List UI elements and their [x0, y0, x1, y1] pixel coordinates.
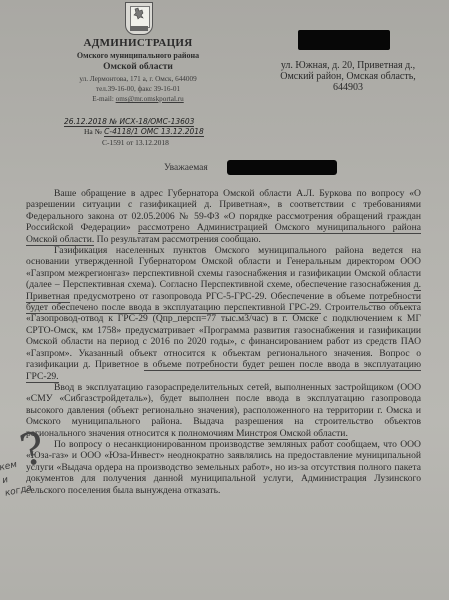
email-label: E-mail: [92, 95, 114, 103]
redacted-recipient-name [298, 30, 390, 50]
recipient-address-line2: Омский район, Омская область, [258, 71, 438, 82]
outgoing-reference: С-1591 от 13.12.2018 [102, 138, 169, 147]
letter-body: Ваше обращение в адрес Губернатора Омско… [26, 188, 421, 496]
sender-region: Омской области [50, 63, 226, 73]
greeting: Уважаемая [164, 163, 208, 173]
email-link[interactable]: oms@mr.omskportal.ru [116, 95, 184, 103]
sender-block: АДМИНИСТРАЦИЯ Омского муниципального рай… [50, 38, 226, 103]
handwritten-date-reference: 26.12.2018 № ИСХ-18/ОМС-13603 [64, 117, 194, 127]
handwritten-incoming-ref: С-4118/1 ОМС 13.12.2018 [104, 127, 204, 137]
question-mark-annotation: ? [19, 441, 45, 459]
paragraph-4: По вопросу о несанкционированном произво… [26, 439, 421, 496]
sender-title: АДМИНИСТРАЦИЯ [50, 38, 226, 49]
coat-of-arms-icon [125, 2, 153, 35]
paragraph-3: Ввод в эксплуатацию газораспределительны… [26, 382, 421, 439]
recipient-address-line1: ул. Южная, д. 20, Приветная д., [258, 60, 438, 71]
recipient-postcode: 644903 [258, 82, 438, 93]
redacted-greeting-name [227, 160, 337, 175]
sender-address: ул. Лермонтова, 171 а, г. Омск, 644009 [50, 76, 226, 83]
paragraph-1: Ваше обращение в адрес Губернатора Омско… [26, 188, 421, 245]
sender-phone: тел.39-16-00, факс 39-16-01 [50, 86, 226, 93]
incoming-reference: На № С-4118/1 ОМС 13.12.2018 [84, 127, 204, 136]
ref-prefix: На № [84, 127, 102, 136]
recipient-address: ул. Южная, д. 20, Приветная д., Омский р… [258, 60, 438, 94]
paragraph-2: Газификация населенных пунктов Омского м… [26, 245, 421, 382]
scanned-letter-page: АДМИНИСТРАЦИЯ Омского муниципального рай… [0, 0, 449, 600]
sender-email: E-mail: oms@mr.omskportal.ru [50, 96, 226, 103]
sender-subtitle: Омского муниципального района [50, 52, 226, 60]
handwritten-margin-note: ? кем и когда [0, 454, 46, 500]
underlined-text: полномочиям Минстроя Омской области. [178, 428, 348, 440]
